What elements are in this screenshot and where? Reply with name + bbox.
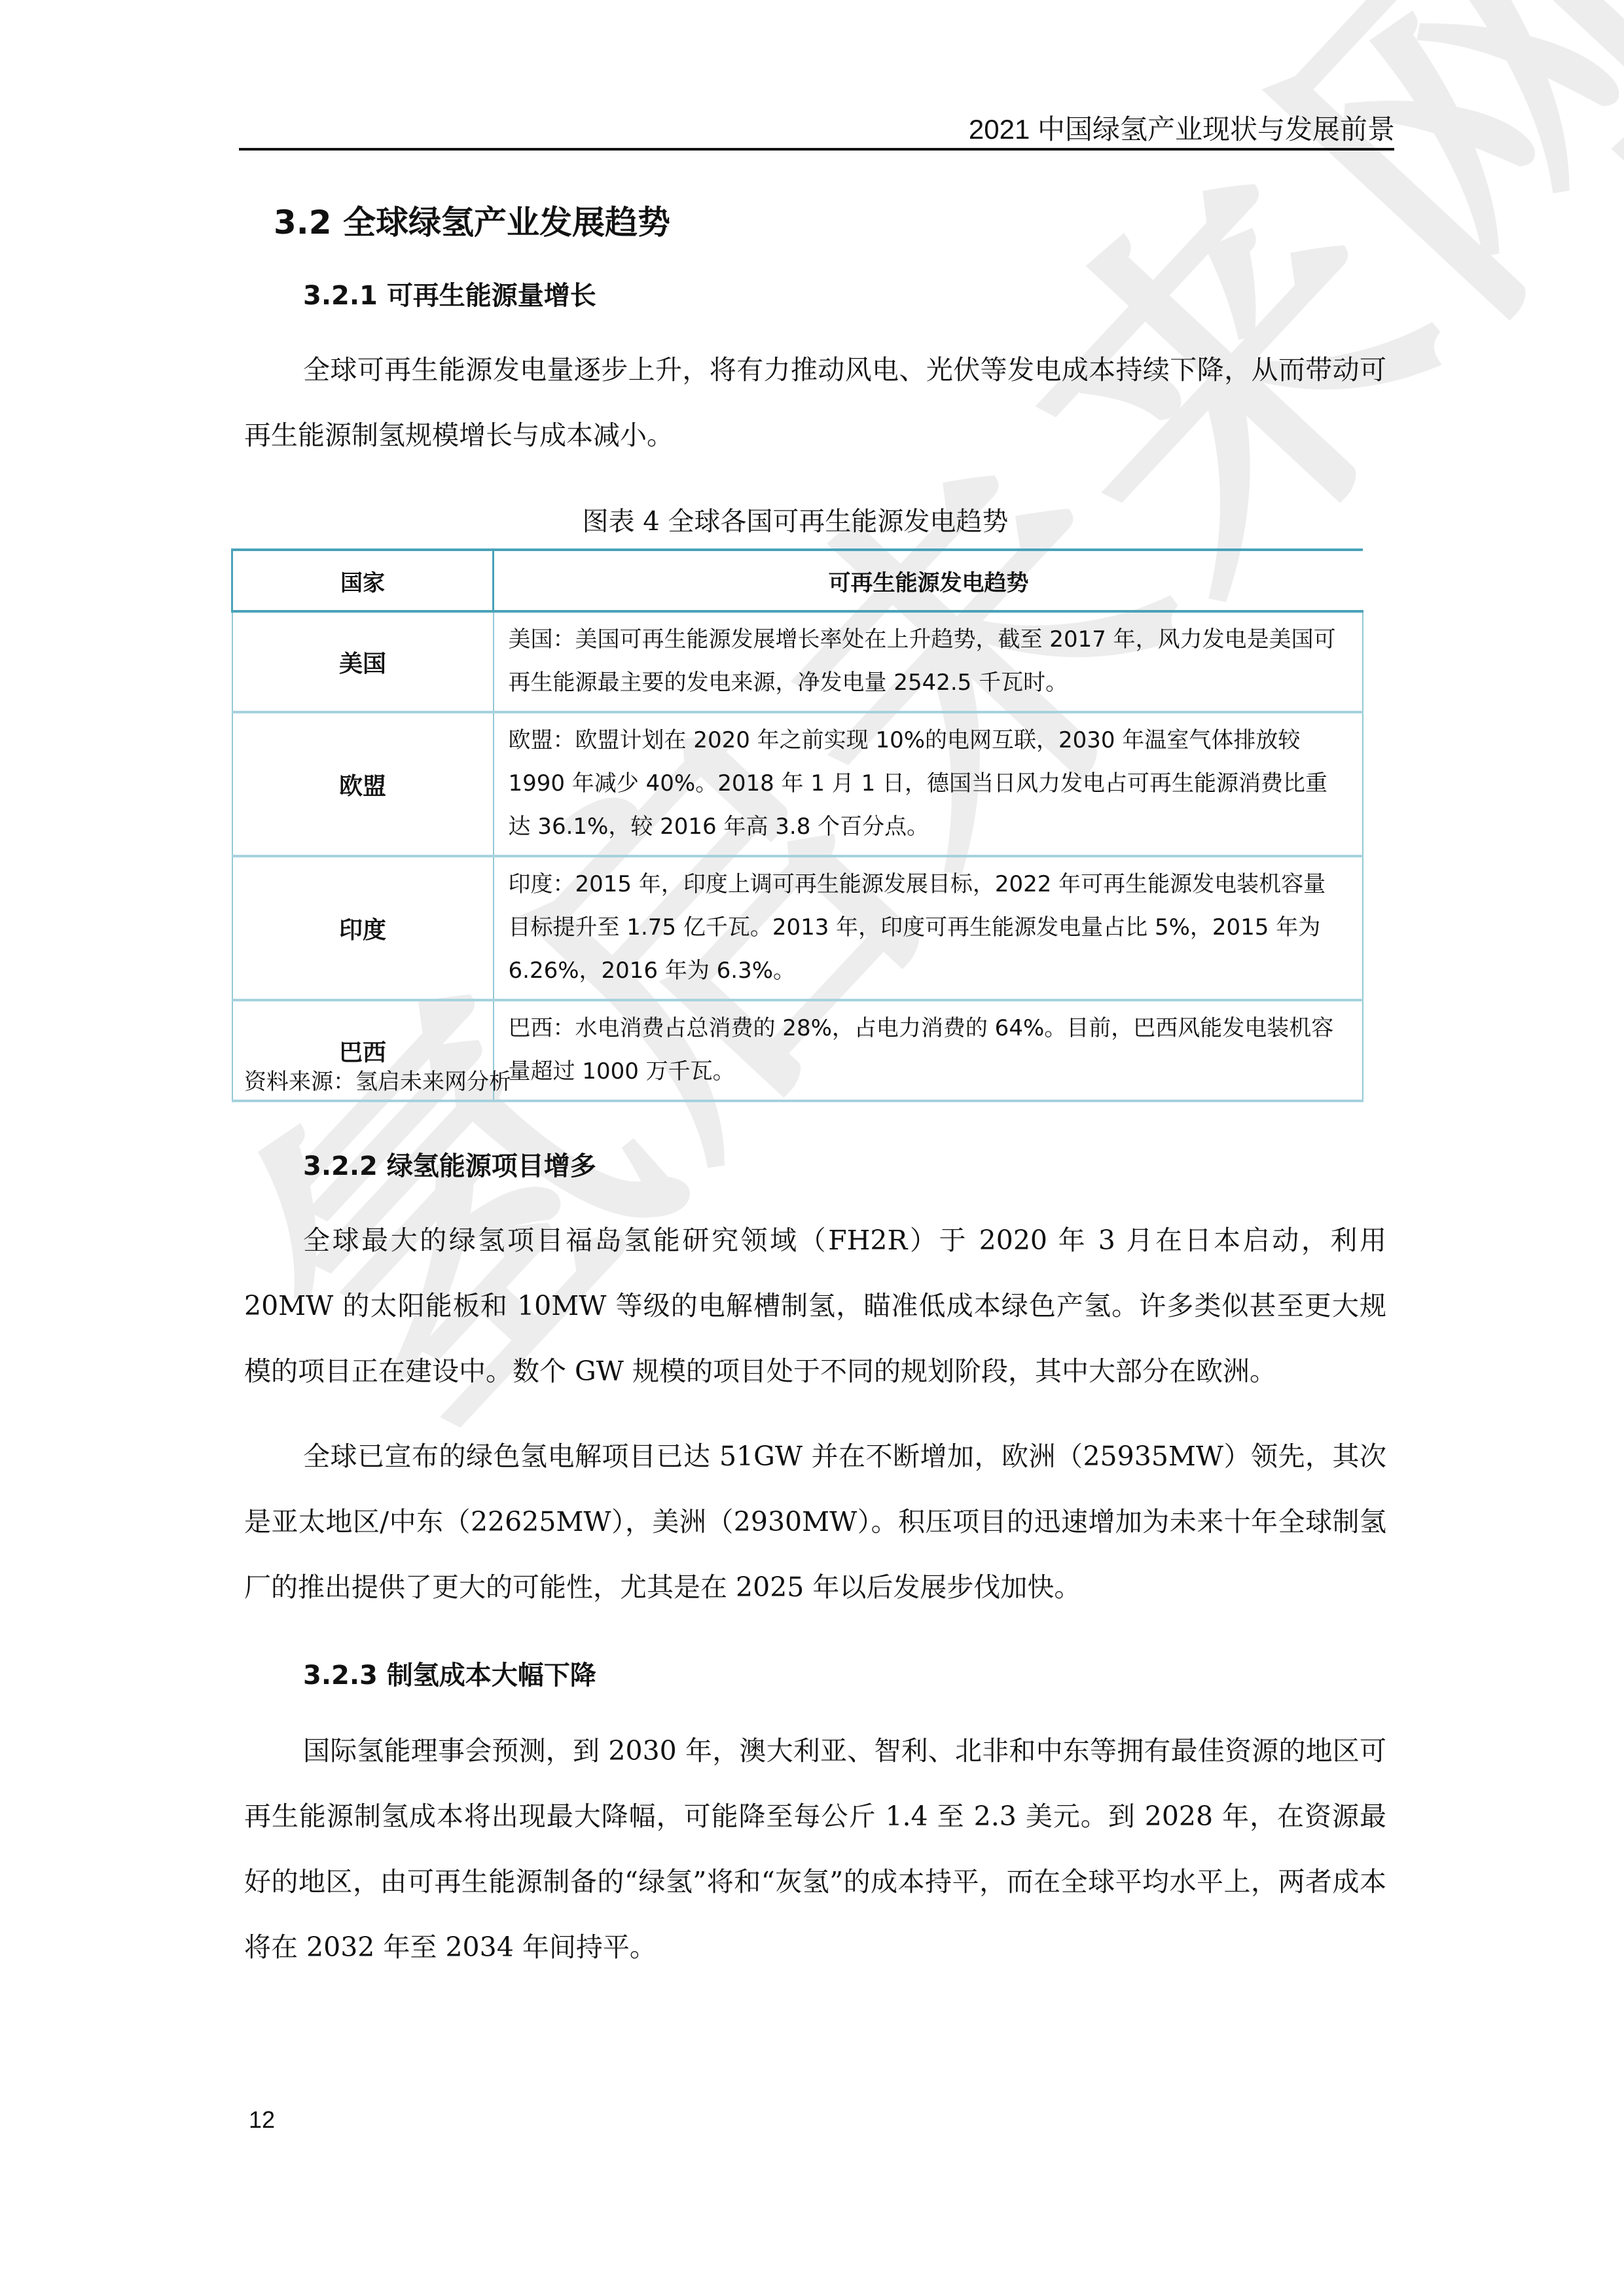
trend-cell: 巴西：水电消费占总消费的 28%，占电力消费的 64%。目前，巴西风能发电装机容…: [494, 1000, 1363, 1101]
subsection-heading-3-2-1: 3.2.1 可再生能源量增长: [303, 275, 596, 312]
document-page: 氢启未来网 2021 中国绿氢产业现状与发展前景 3.2 全球绿氢产业发展趋势 …: [0, 0, 1624, 2296]
table-row: 印度 印度：2015 年，印度上调可再生能源发展目标，2022 年可再生能源发电…: [232, 856, 1363, 1000]
page-content: 2021 中国绿氢产业现状与发展前景 3.2 全球绿氢产业发展趋势 3.2.1 …: [0, 0, 1624, 2296]
renewable-trend-table: 国家 可再生能源发电趋势 美国 美国：美国可再生能源发展增长率处在上升趋势，截至…: [231, 548, 1363, 1102]
section-heading: 3.2 全球绿氢产业发展趋势: [274, 196, 670, 243]
paragraph: 全球最大的绿氢项目福岛氢能研究领域（FH2R）于 2020 年 3 月在日本启动…: [244, 1208, 1386, 1404]
table-row: 美国 美国：美国可再生能源发展增长率处在上升趋势，截至 2017 年，风力发电是…: [232, 611, 1363, 712]
header-rule: [239, 148, 1394, 151]
table-source-note: 资料来源：氢启未来网分析: [244, 1064, 511, 1096]
paragraph: 全球可再生能源发电量逐步上升，将有力推动风电、光伏等发电成本持续下降，从而带动可…: [244, 337, 1386, 468]
table-header-row: 国家 可再生能源发电趋势: [232, 550, 1363, 611]
column-header-country: 国家: [232, 550, 494, 611]
page-number: 12: [249, 2106, 275, 2134]
trend-cell: 欧盟：欧盟计划在 2020 年之前实现 10%的电网互联，2030 年温室气体排…: [494, 712, 1363, 856]
subsection-heading-3-2-2: 3.2.2 绿氢能源项目增多: [303, 1145, 596, 1183]
country-cell: 欧盟: [232, 712, 494, 856]
running-header: 2021 中国绿氢产业现状与发展前景: [969, 108, 1395, 147]
table-row: 欧盟 欧盟：欧盟计划在 2020 年之前实现 10%的电网互联，2030 年温室…: [232, 712, 1363, 856]
column-header-trend: 可再生能源发电趋势: [494, 550, 1363, 611]
paragraph: 国际氢能理事会预测，到 2030 年，澳大利亚、智利、北非和中东等拥有最佳资源的…: [244, 1718, 1386, 1980]
country-cell: 印度: [232, 856, 494, 1000]
country-cell: 美国: [232, 611, 494, 712]
paragraph: 全球已宣布的绿色氢电解项目已达 51GW 并在不断增加，欧洲（25935MW）领…: [244, 1424, 1386, 1620]
figure-caption: 图表 4 全球各国可再生能源发电趋势: [0, 501, 1591, 538]
trend-cell: 美国：美国可再生能源发展增长率处在上升趋势，截至 2017 年，风力发电是美国可…: [494, 611, 1363, 712]
subsection-heading-3-2-3: 3.2.3 制氢成本大幅下降: [303, 1655, 596, 1692]
trend-cell: 印度：2015 年，印度上调可再生能源发展目标，2022 年可再生能源发电装机容…: [494, 856, 1363, 1000]
